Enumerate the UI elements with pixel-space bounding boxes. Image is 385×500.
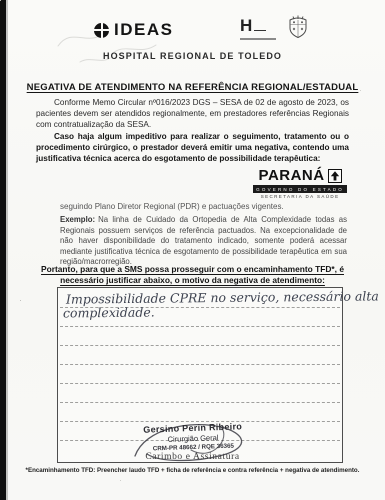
ruled-line	[60, 383, 340, 384]
scanned-document-page: IDEAS H HOSPITAL REGIONAL DE TOLEDO NEGA…	[0, 0, 385, 500]
municipal-crest-icon	[286, 13, 310, 40]
hospital-name: HOSPITAL REGIONAL DE TOLEDO	[0, 51, 385, 61]
paragraph-intro-text: Conforme Memo Circular nº016/2023 DGS – …	[36, 98, 349, 129]
h-logo-caption-line	[240, 38, 276, 40]
paragraph-intro: Conforme Memo Circular nº016/2023 DGS – …	[36, 97, 349, 130]
parana-governo-label: GOVERNO DO ESTADO	[253, 185, 347, 193]
parana-logo-text: PARANÁ	[259, 167, 325, 184]
portanto-heading: Portanto, para que a SMS possa prossegui…	[28, 264, 357, 286]
paragraph-exemplo: Exemplo:Na linha de Cuidado da Ortopedia…	[60, 215, 347, 268]
handwritten-justification-line1: Impossibilidade CPRE no serviço, necessá…	[66, 288, 379, 306]
paragraph-seguindo: seguindo Plano Diretor Regional (PDR) e …	[60, 202, 284, 211]
exemplo-label: Exemplo:	[60, 215, 95, 224]
handwritten-justification-line2: complexidade.	[63, 305, 155, 321]
stamp-signature-caption: Carimbo e Assinatura	[0, 452, 385, 462]
tfd-footnote: *Encaminhamento TFD: Preencher laudo TFD…	[14, 467, 371, 474]
ruled-line	[60, 402, 340, 403]
parana-secretaria-label: SECRETARIA DA SAÚDE	[253, 194, 347, 199]
scan-noise	[0, 0, 1, 1]
ideas-logo: IDEAS	[94, 20, 173, 40]
parana-government-logo: PARANÁ GOVERNO DO ESTADO SECRETARIA DA S…	[253, 167, 347, 199]
h-logo-underscore	[254, 30, 266, 32]
paragraph-impeditivo: Caso haja algum impeditivo para realizar…	[36, 131, 349, 164]
ideas-globe-icon	[94, 23, 109, 38]
ruled-line	[60, 345, 340, 346]
h-logo-letter: H	[240, 17, 252, 34]
portanto-heading-text: Portanto, para que a SMS possa prossegui…	[41, 264, 344, 285]
ideas-logo-text: IDEAS	[114, 20, 173, 40]
ruled-line	[60, 326, 340, 327]
document-title: NEGATIVA DE ATENDIMENTO NA REFERÊNCIA RE…	[0, 82, 385, 93]
exemplo-text: Na linha de Cuidado da Ortopedia de Alta…	[60, 215, 347, 266]
scan-left-edge-shadow	[6, 0, 8, 500]
araucaria-pine-icon	[328, 169, 342, 183]
paragraph-impeditivo-text: Caso haja algum impeditivo para realizar…	[36, 132, 349, 163]
ruled-line	[60, 364, 340, 365]
hospital-h-logo: H	[240, 17, 280, 40]
